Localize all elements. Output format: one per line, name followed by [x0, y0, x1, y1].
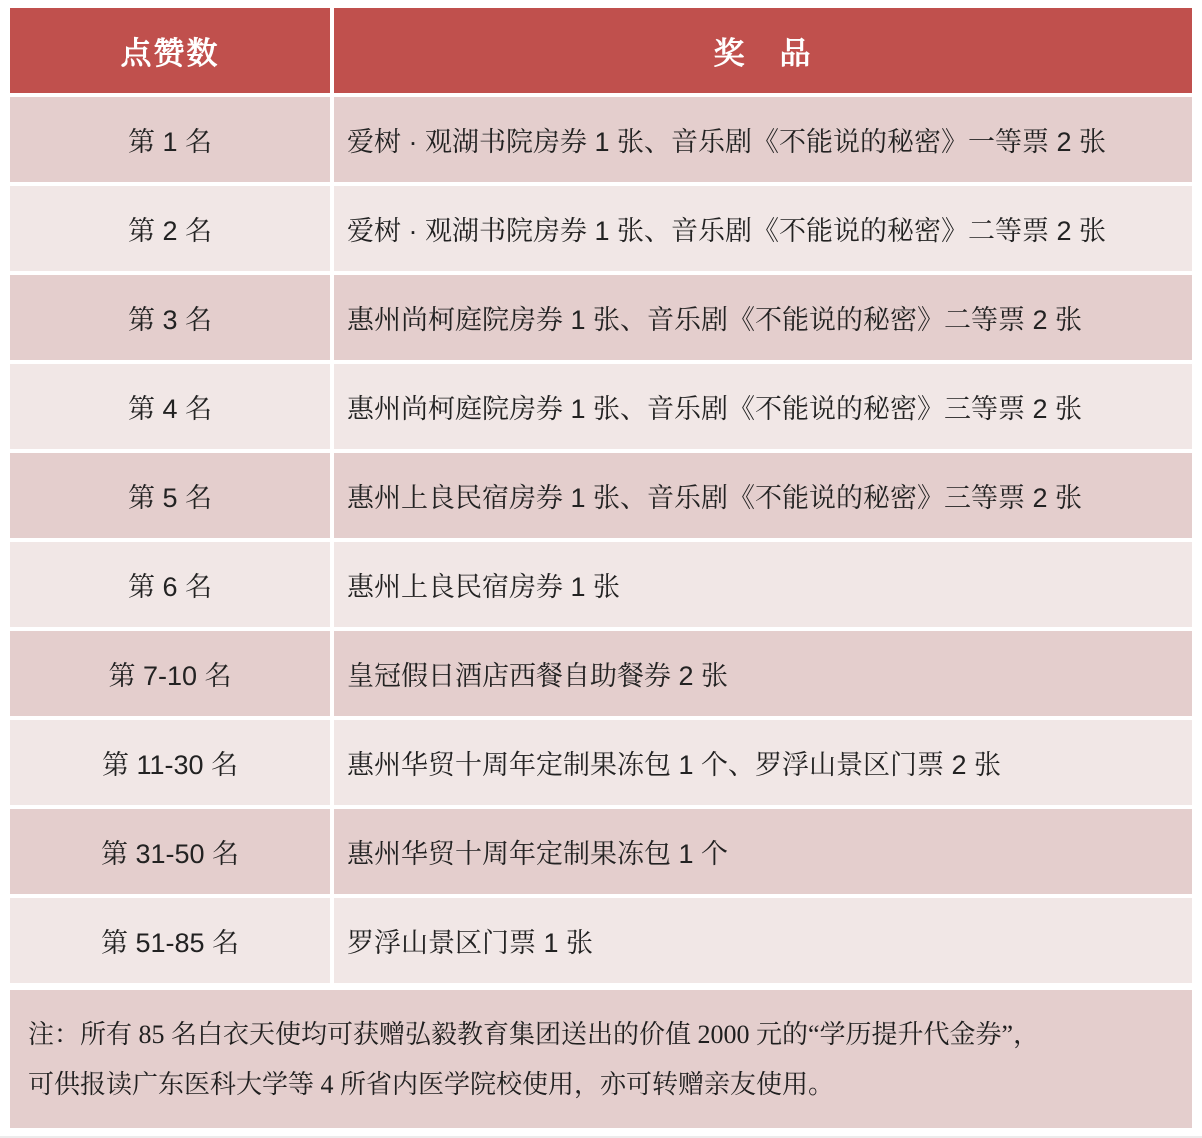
- footnote: 注：所有 85 名白衣天使均可获赠弘毅教育集团送出的价值 2000 元的“学历提…: [10, 990, 1192, 1128]
- prize-cell: 皇冠假日酒店西餐自助餐券 2 张: [334, 631, 1192, 716]
- prize-cell: 罗浮山景区门票 1 张: [334, 898, 1192, 983]
- rank-cell: 第 2 名: [10, 186, 330, 271]
- prize-table: 点赞数 奖 品 第 1 名爱树 · 观湖书院房券 1 张、音乐剧《不能说的秘密》…: [10, 8, 1192, 983]
- rank-cell: 第 31-50 名: [10, 809, 330, 894]
- prize-cell: 惠州尚柯庭院房券 1 张、音乐剧《不能说的秘密》三等票 2 张: [334, 364, 1192, 449]
- rank-cell: 第 4 名: [10, 364, 330, 449]
- prize-cell: 惠州上良民宿房券 1 张、音乐剧《不能说的秘密》三等票 2 张: [334, 453, 1192, 538]
- rank-cell: 第 11-30 名: [10, 720, 330, 805]
- column-header-prize: 奖 品: [334, 8, 1192, 93]
- rank-cell: 第 3 名: [10, 275, 330, 360]
- prize-cell: 惠州上良民宿房券 1 张: [334, 542, 1192, 627]
- rank-cell: 第 5 名: [10, 453, 330, 538]
- prize-cell: 惠州华贸十周年定制果冻包 1 个、罗浮山景区门票 2 张: [334, 720, 1192, 805]
- prize-cell: 惠州华贸十周年定制果冻包 1 个: [334, 809, 1192, 894]
- rank-cell: 第 51-85 名: [10, 898, 330, 983]
- prize-cell: 爱树 · 观湖书院房券 1 张、音乐剧《不能说的秘密》二等票 2 张: [334, 186, 1192, 271]
- prize-cell: 爱树 · 观湖书院房券 1 张、音乐剧《不能说的秘密》一等票 2 张: [334, 97, 1192, 182]
- rank-cell: 第 6 名: [10, 542, 330, 627]
- rank-cell: 第 1 名: [10, 97, 330, 182]
- footnote-line-1: 注：所有 85 名白衣天使均可获赠弘毅教育集团送出的价值 2000 元的“学历提…: [28, 1010, 1174, 1060]
- footnote-line-2: 可供报读广东医科大学等 4 所省内医学院校使用，亦可转赠亲友使用。: [28, 1060, 1174, 1110]
- rank-cell: 第 7-10 名: [10, 631, 330, 716]
- prize-announcement-page: 点赞数 奖 品 第 1 名爱树 · 观湖书院房券 1 张、音乐剧《不能说的秘密》…: [0, 0, 1202, 1138]
- prize-cell: 惠州尚柯庭院房券 1 张、音乐剧《不能说的秘密》二等票 2 张: [334, 275, 1192, 360]
- column-header-likes: 点赞数: [10, 8, 330, 93]
